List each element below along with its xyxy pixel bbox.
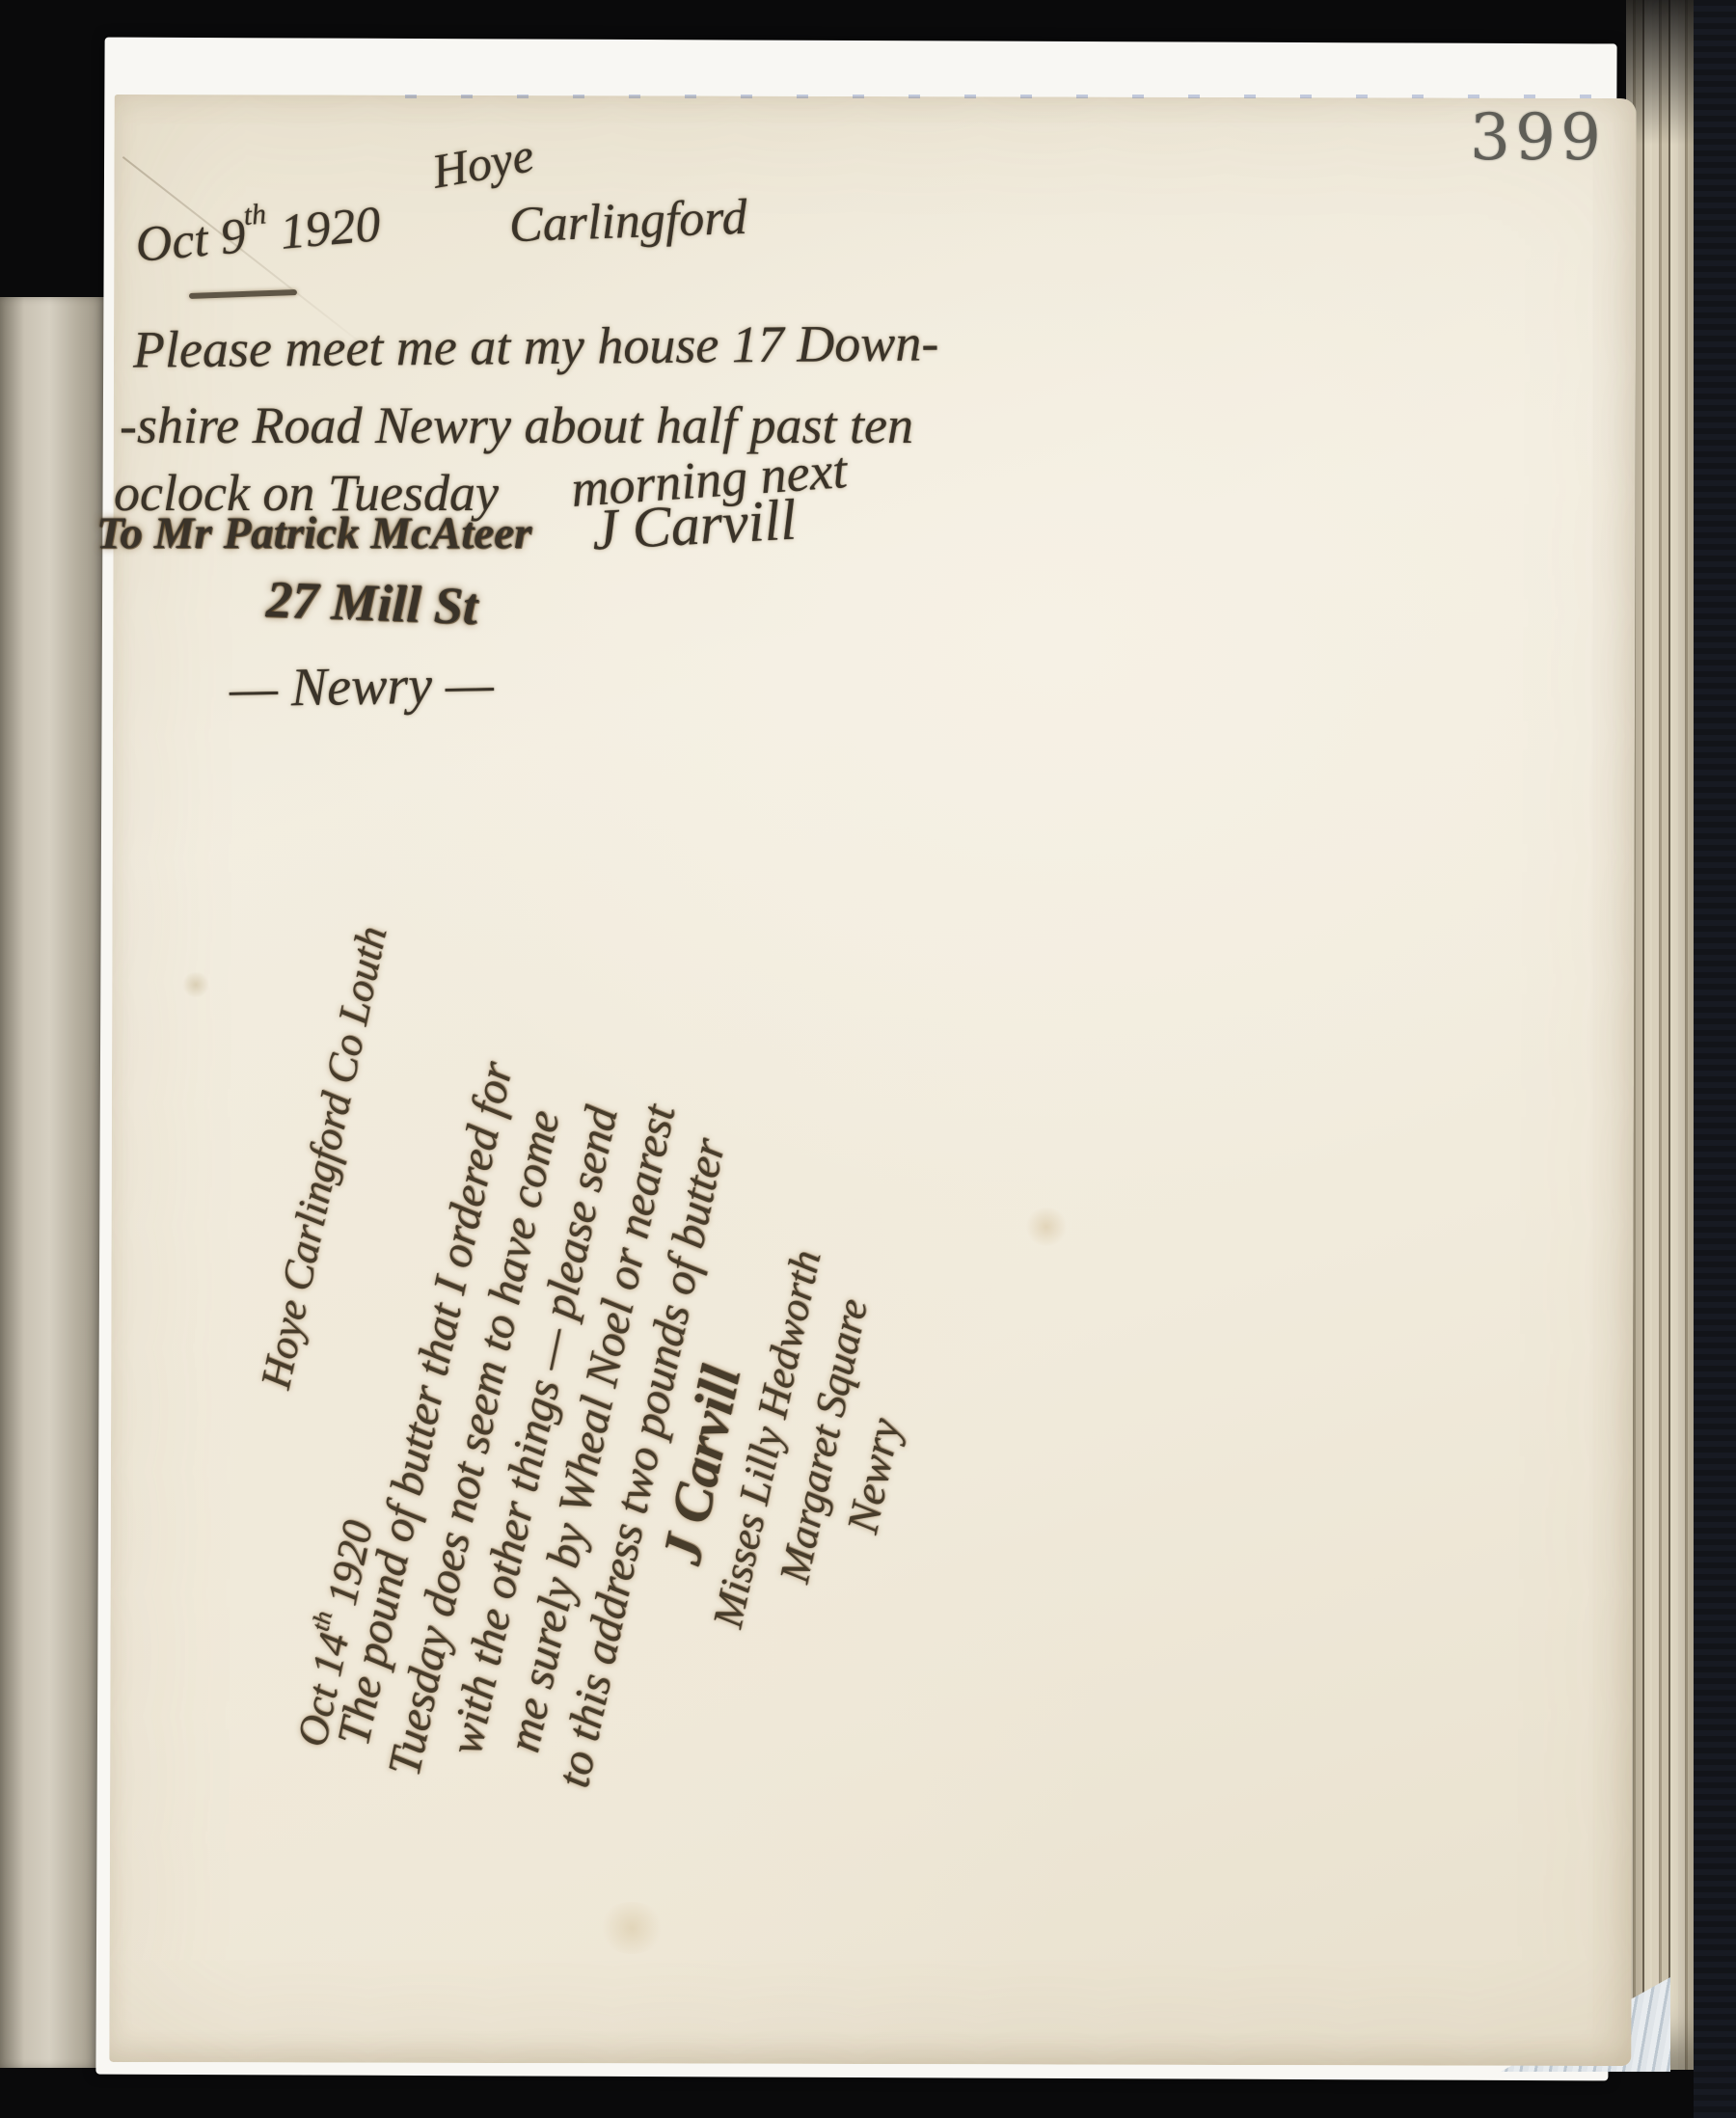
letter1-addressee: To Mr Patrick McAteer xyxy=(96,507,531,559)
paper-stain xyxy=(1024,1208,1069,1246)
previous-page-edge xyxy=(0,297,110,2068)
photographed-ledger-opening: 399 Oct 9th 1920 Hoye Carlingford Please… xyxy=(0,0,1736,2118)
letter1-date-prefix: Oct 9 xyxy=(133,208,248,273)
book-cover-cloth xyxy=(1694,0,1736,2118)
page-number-stamp: 399 xyxy=(1470,100,1606,175)
letter1-signature: J Carvill xyxy=(590,487,798,564)
paper-stain xyxy=(181,972,210,997)
page-stack-fore-edge xyxy=(1626,0,1697,2070)
stitch-marks xyxy=(405,95,1611,98)
letter1-place-town: Carlingford xyxy=(508,189,747,255)
letter1-date-superscript: th xyxy=(242,198,267,231)
letter1-address-street: 27 Mill St xyxy=(265,569,478,637)
paper-stain xyxy=(598,1902,665,1954)
letter1-body-line1: Please meet me at my house 17 Down- xyxy=(133,312,939,379)
letter1-date-year: 1920 xyxy=(278,197,383,260)
